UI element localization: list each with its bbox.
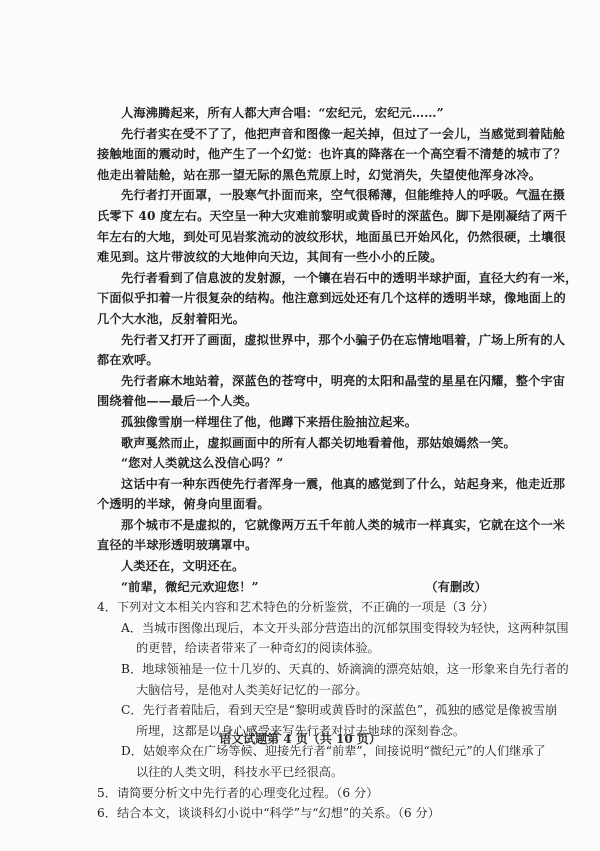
page-footer: 语文试题第 4 页（共 10 页） — [0, 730, 600, 747]
passage-line: 难见到。这片带波纹的大地伸向天边，其间有一些小小的丘陵。 — [97, 247, 509, 268]
option-a-cont: 的更替，给读者带来了一种奇幻的阅读体验。 — [97, 638, 509, 659]
passage-line: 下面似乎扣着一片很复杂的结构。他注意到远处还有几个这样的透明半球，像地面上的 — [97, 288, 509, 309]
option-a: A．当城市图像出现后，本文开头部分营造出的沉郁氛围变得较为轻快，这两种氛围 — [97, 618, 509, 639]
passage-line: 先行者麻木地站着，深蓝色的苍穹中，明亮的太阳和晶莹的星星在闪耀，整个宇宙 — [97, 371, 509, 392]
passage-line: 接触地面的震动时，他产生了一个幻觉：也许真的降落在一个高空看不清楚的城市了？ — [97, 144, 509, 165]
passage-line: 都在欢呼。 — [97, 350, 509, 371]
option-text: 当城市图像出现后，本文开头部分营造出的沉郁氛围变得较为轻快，这两种氛围 — [142, 621, 569, 635]
passage-line: 他走出着陆舱，站在那一望无际的黑色荒原上时，幻觉消失，失望使他浑身冰冷。 — [97, 165, 509, 186]
passage-last-line: “前辈，微纪元欢迎您！” — [121, 580, 259, 594]
passage-line: “您对人类就这么没信心吗？” — [97, 453, 509, 474]
passage-body: 人海沸腾起来，所有人都大声合唱：“宏纪元，宏纪元……” 先行者实在受不了了，他把… — [97, 103, 509, 824]
question-4-stem: 4．下列对文本相关内容和艺术特色的分析鉴赏，不正确的一项是（3 分） — [97, 597, 509, 618]
passage-line: 几个大水池，反射着阳光。 — [97, 309, 509, 330]
option-b: B．地球领袖是一位十几岁的、天真的、娇滴滴的漂亮姑娘，这一形象来自先行者的 — [97, 659, 509, 680]
passage-line: 先行者打开面罩，一股寒气扑面而来，空气很稀薄，但能维持人的呼吸。气温在摄 — [97, 185, 509, 206]
option-label: A． — [121, 621, 142, 635]
option-b-cont: 大脑信号，是他对人类美好记忆的一部分。 — [97, 680, 509, 701]
passage-line: 围绕着他——最后一个人类。 — [97, 391, 509, 412]
source-note: （有删改） — [425, 577, 487, 598]
passage-line: 先行者又打开了画面，虚拟世界中，那个小骗子仍在忘情地唱着，广场上所有的人 — [97, 330, 509, 351]
passage-line: 人海沸腾起来，所有人都大声合唱：“宏纪元，宏纪元……” — [97, 103, 509, 124]
passage-line: 人类还在，文明还在。 — [97, 556, 509, 577]
question-5: 5．请简要分析文中先行者的心理变化过程。（6 分） — [97, 783, 509, 804]
passage-line: 年左右的大地，到处可见岩浆流动的波纹形状，地面虽已开始风化，仍然很硬，土壤很 — [97, 227, 509, 248]
passage-line: 这话中有一种东西使先行者浑身一震，他真的感觉到了什么，站起身来，他走近那 — [97, 474, 509, 495]
option-d-cont: 以往的人类文明，科技水平已经很高。 — [97, 762, 509, 783]
option-label: C． — [121, 703, 143, 717]
passage-line: 歌声戛然而止，虚拟画面中的所有人都关切地看着他，那姑娘嫣然一笑。 — [97, 433, 509, 454]
option-c: C．先行者着陆后，看到天空是“黎明或黄昏时的深蓝色”，孤独的感觉是像被雪崩 — [97, 700, 509, 721]
passage-line: 孤独像雪崩一样埋住了他，他蹲下来捂住脸抽泣起来。 — [97, 412, 509, 433]
option-text: 先行者着陆后，看到天空是“黎明或黄昏时的深蓝色”，孤独的感觉是像被雪崩 — [143, 703, 558, 717]
passage-line: 氏零下 40 度左右。天空呈一种大灾难前黎明或黄昏时的深蓝色。脚下是刚凝结了两千 — [97, 206, 509, 227]
option-text: 地球领袖是一位十几岁的、天真的、娇滴滴的漂亮姑娘，这一形象来自先行者的 — [142, 662, 569, 676]
passage-line: 先行者看到了信息波的发射源，一个镶在岩石中的透明半球护面，直径大约有一米， — [97, 268, 509, 289]
question-6: 6．结合本文，谈谈科幻小说中“科学”与“幻想”的关系。（6 分） — [97, 803, 509, 824]
passage-line: 那个城市不是虚拟的，它就像两万五千年前人类的城市一样真实，它就在这个一米 — [97, 515, 509, 536]
passage-line: 先行者实在受不了了，他把声音和图像一起关掉，但过了一会儿，当感觉到着陆舱 — [97, 124, 509, 145]
passage-line: 个透明的半球，俯身向里面看。 — [97, 494, 509, 515]
passage-line: “前辈，微纪元欢迎您！” （有删改） — [97, 577, 509, 598]
exam-page: 人海沸腾起来，所有人都大声合唱：“宏纪元，宏纪元……” 先行者实在受不了了，他把… — [0, 0, 600, 851]
option-label: B． — [121, 662, 142, 676]
passage-line: 直径的半球形透明玻璃罩中。 — [97, 535, 509, 556]
